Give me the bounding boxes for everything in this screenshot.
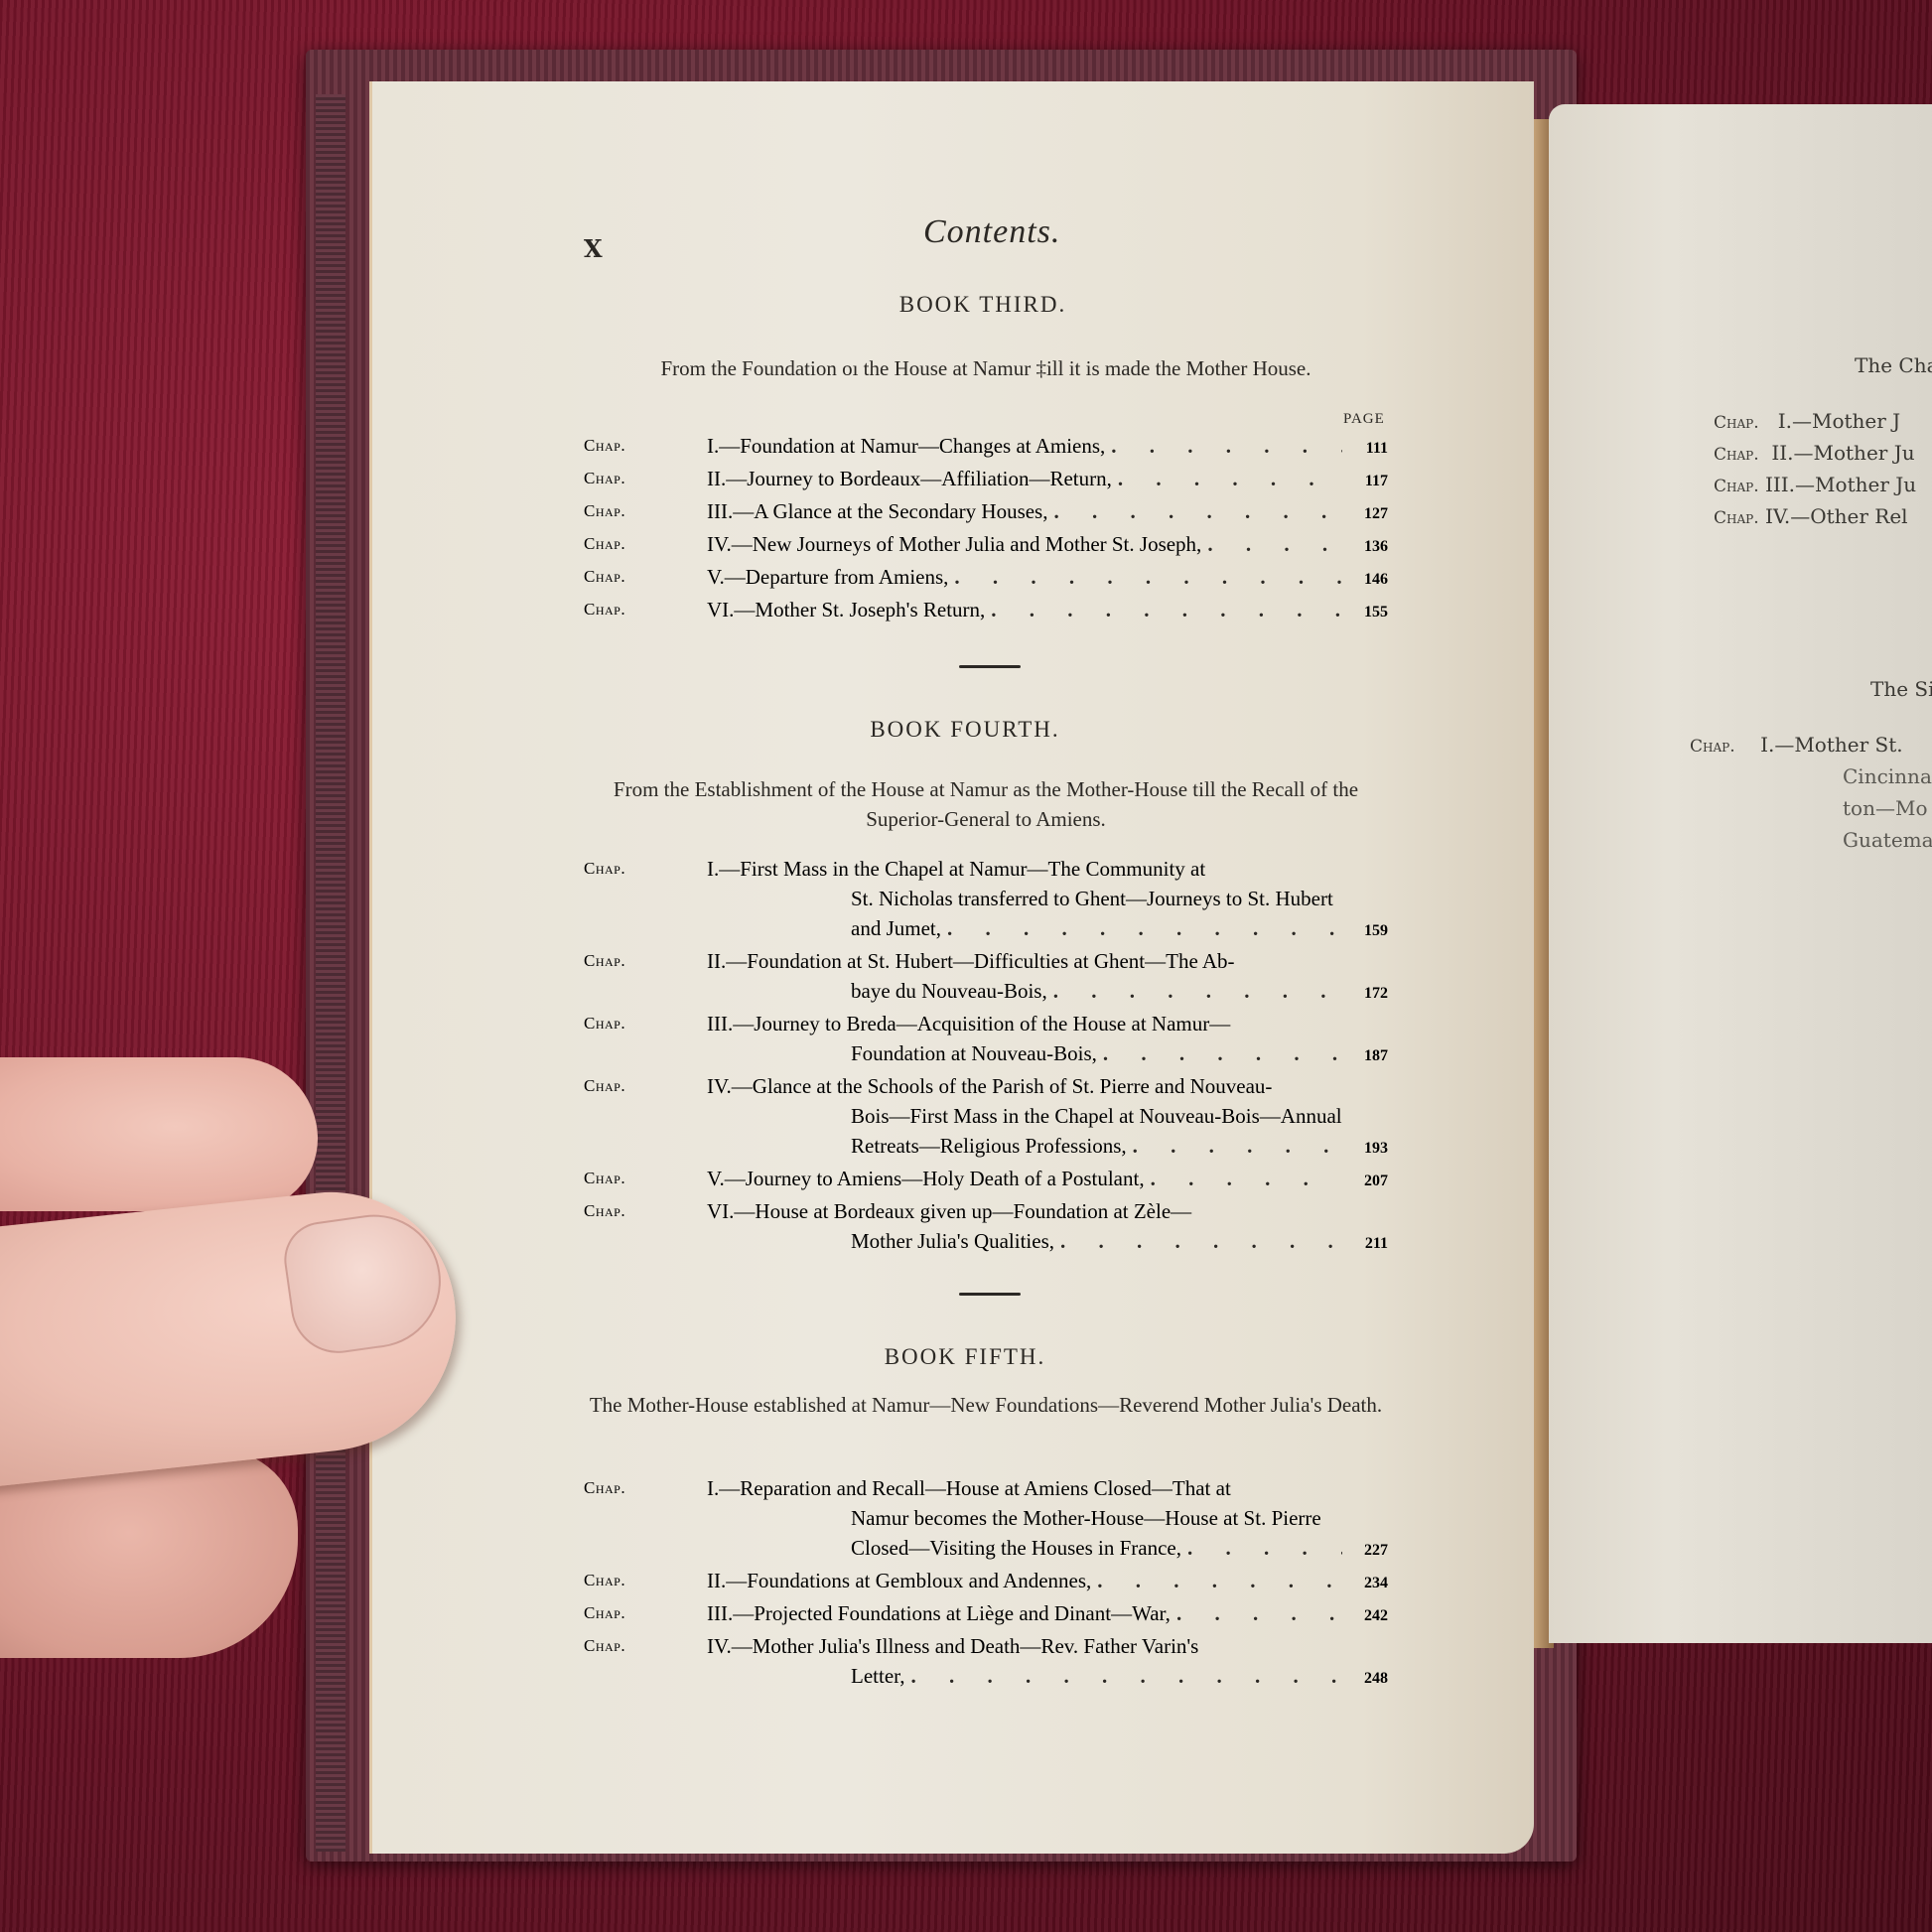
chapter-title-text: Bois—First Mass in the Chapel at Nouveau… bbox=[851, 1101, 1342, 1131]
page-number: 155 bbox=[1348, 598, 1388, 627]
page-number: 227 bbox=[1348, 1536, 1388, 1566]
chapter-line: IV.—Mother Julia's Illness and Death—Rev… bbox=[707, 1631, 1388, 1661]
book-spine-edge bbox=[316, 94, 345, 1852]
dot-leader bbox=[1060, 1226, 1342, 1256]
dot-leader bbox=[1207, 529, 1342, 559]
chapter-numeral: III. bbox=[707, 1009, 733, 1038]
dot-leader bbox=[1053, 496, 1342, 526]
chapter-title-text: Foundation at Nouveau-Bois, bbox=[851, 1038, 1097, 1068]
chapter-title-text: —First Mass in the Chapel at Namur—The C… bbox=[719, 854, 1205, 884]
chapter-title-text: —New Journeys of Mother Julia and Mother… bbox=[732, 529, 1202, 559]
book-description: From the Establishment of the House at N… bbox=[584, 774, 1388, 834]
chapter-label: Chap. bbox=[584, 1009, 625, 1038]
page-number: 136 bbox=[1348, 532, 1388, 562]
chapter-title-text: —Foundation at St. Hubert—Difficulties a… bbox=[726, 946, 1234, 976]
chapter-line: Namur becomes the Mother-House—House at … bbox=[707, 1503, 1388, 1533]
right-section-title: The Sis bbox=[1870, 677, 1932, 701]
chap-text: IV.—Other Rel bbox=[1765, 504, 1908, 528]
chapter-line: IV.—Glance at the Schools of the Parish … bbox=[707, 1071, 1388, 1101]
chapter-title-text: —Journey to Breda—Acquisition of the Hou… bbox=[733, 1009, 1230, 1038]
right-chapter-cont: ton—Mo bbox=[1843, 796, 1927, 820]
chapter-line: and Jumet,159 bbox=[707, 913, 1388, 946]
right-section-title: The Cha bbox=[1855, 353, 1932, 377]
section-divider bbox=[959, 665, 1021, 668]
dot-leader bbox=[1176, 1598, 1342, 1628]
dot-leader bbox=[947, 913, 1342, 943]
chapter-title-text: Mother Julia's Qualities, bbox=[851, 1226, 1054, 1256]
chapter-title-text: and Jumet, bbox=[851, 913, 941, 943]
chapter-list: Chap.I.—Reparation and Recall—House at A… bbox=[584, 1473, 1388, 1694]
chapter-entry: Chap.I.—Reparation and Recall—House at A… bbox=[584, 1473, 1388, 1566]
chapter-entry: Chap.IV.—Mother Julia's Illness and Deat… bbox=[584, 1631, 1388, 1694]
chapter-label: Chap. bbox=[584, 529, 625, 559]
chapter-label: Chap. bbox=[584, 464, 625, 493]
chapter-title-text: Closed—Visiting the Houses in France, bbox=[851, 1533, 1181, 1563]
chapter-label: Chap. bbox=[584, 1473, 625, 1503]
chap-text: III.—Mother Ju bbox=[1765, 473, 1916, 496]
right-chapter-row: Chap. IV.—Other Rel bbox=[1714, 504, 1908, 528]
chapter-title-text: —Departure from Amiens, bbox=[725, 562, 949, 592]
chapter-title-text: Retreats—Religious Professions, bbox=[851, 1131, 1127, 1161]
book-heading: BOOK FIFTH. bbox=[667, 1344, 1263, 1370]
chapter-entry: Chap.I.—Foundation at Namur—Changes at A… bbox=[584, 431, 1388, 464]
dot-leader bbox=[1053, 976, 1342, 1006]
chapter-line: St. Nicholas transferred to Ghent—Journe… bbox=[707, 884, 1388, 913]
chapter-label: Chap. bbox=[584, 1566, 625, 1595]
chapter-numeral: I. bbox=[707, 1473, 719, 1503]
chapter-line: Bois—First Mass in the Chapel at Nouveau… bbox=[707, 1101, 1388, 1131]
chapter-line: Retreats—Religious Professions,193 bbox=[707, 1131, 1388, 1164]
chapter-line: IV.—New Journeys of Mother Julia and Mot… bbox=[707, 529, 1388, 562]
book-heading: BOOK THIRD. bbox=[685, 292, 1281, 318]
page-number: 117 bbox=[1348, 467, 1388, 496]
section-divider bbox=[959, 1293, 1021, 1296]
chapter-numeral: VI. bbox=[707, 1196, 734, 1226]
chapter-numeral: IV. bbox=[707, 529, 732, 559]
dot-leader bbox=[1097, 1566, 1342, 1595]
chapter-label: Chap. bbox=[584, 562, 625, 592]
dot-leader bbox=[1151, 1164, 1342, 1193]
chapter-line: baye du Nouveau-Bois,172 bbox=[707, 976, 1388, 1009]
chapter-entry: Chap.II.—Foundation at St. Hubert—Diffic… bbox=[584, 946, 1388, 1009]
chapter-line: I.—Reparation and Recall—House at Amiens… bbox=[707, 1473, 1388, 1503]
chapter-entry: Chap.III.—A Glance at the Secondary Hous… bbox=[584, 496, 1388, 529]
chapter-title-text: —Glance at the Schools of the Parish of … bbox=[732, 1071, 1273, 1101]
page-folio: x bbox=[584, 234, 603, 263]
chapter-label: Chap. bbox=[584, 854, 625, 884]
chapter-title-text: —Journey to Bordeaux—Affiliation—Return, bbox=[726, 464, 1112, 493]
chapter-label: Chap. bbox=[584, 946, 625, 976]
chapter-title-text: —Foundations at Gembloux and Andennes, bbox=[726, 1566, 1091, 1595]
chapter-label: Chap. bbox=[584, 1071, 625, 1101]
chapter-numeral: II. bbox=[707, 946, 726, 976]
chapter-title-text: —Journey to Amiens—Holy Death of a Postu… bbox=[725, 1164, 1145, 1193]
chapter-label: Chap. bbox=[584, 1631, 625, 1661]
chapter-line: II.—Foundations at Gembloux and Andennes… bbox=[707, 1566, 1388, 1598]
chapter-entry: Chap.VI.—Mother St. Joseph's Return,155 bbox=[584, 595, 1388, 627]
chapter-entry: Chap.III.—Projected Foundations at Liège… bbox=[584, 1598, 1388, 1631]
chapter-numeral: IV. bbox=[707, 1631, 732, 1661]
right-chapter-cont: Cincinna bbox=[1843, 764, 1932, 788]
chapter-line: III.—Projected Foundations at Liège and … bbox=[707, 1598, 1388, 1631]
chapter-numeral: III. bbox=[707, 1598, 733, 1628]
chap-text: I.—Mother J bbox=[1778, 409, 1900, 433]
running-title: Contents. bbox=[923, 213, 1060, 251]
chapter-line: I.—Foundation at Namur—Changes at Amiens… bbox=[707, 431, 1388, 464]
chap-label: Chap. bbox=[1690, 737, 1735, 757]
right-chapter-row: Chap. III.—Mother Ju bbox=[1714, 473, 1916, 496]
book-description: From the Foundation oı the House at Namu… bbox=[584, 353, 1388, 383]
chapter-title-text: —Reparation and Recall—House at Amiens C… bbox=[719, 1473, 1231, 1503]
chapter-entry: Chap.VI.—House at Bordeaux given up—Foun… bbox=[584, 1196, 1388, 1259]
chapter-line: Mother Julia's Qualities,211 bbox=[707, 1226, 1388, 1259]
chapter-entry: Chap.I.—First Mass in the Chapel at Namu… bbox=[584, 854, 1388, 946]
page-number: 242 bbox=[1348, 1601, 1388, 1631]
dot-leader bbox=[1103, 1038, 1342, 1068]
chapter-line: V.—Journey to Amiens—Holy Death of a Pos… bbox=[707, 1164, 1388, 1196]
book-heading: BOOK FOURTH. bbox=[667, 717, 1263, 743]
chap-text: I.—Mother St. bbox=[1760, 733, 1903, 757]
right-chapter-row: Chap. I.—Mother J bbox=[1714, 409, 1900, 433]
chapter-title-text: —A Glance at the Secondary Houses, bbox=[733, 496, 1047, 526]
chapter-line: V.—Departure from Amiens,146 bbox=[707, 562, 1388, 595]
page-number: 193 bbox=[1348, 1134, 1388, 1164]
chapter-label: Chap. bbox=[584, 431, 625, 461]
page-number: 159 bbox=[1348, 916, 1388, 946]
chapter-title-text: Namur becomes the Mother-House—House at … bbox=[851, 1503, 1321, 1533]
page-number: 111 bbox=[1348, 434, 1388, 464]
right-chapter-row: Chap. I.—Mother St. bbox=[1690, 733, 1903, 757]
chapter-title-text: —House at Bordeaux given up—Foundation a… bbox=[734, 1196, 1191, 1226]
chapter-title-text: baye du Nouveau-Bois, bbox=[851, 976, 1047, 1006]
page-number: 187 bbox=[1348, 1041, 1388, 1071]
chapter-label: Chap. bbox=[584, 1196, 625, 1226]
dot-leader bbox=[954, 562, 1342, 592]
chapter-title-text: —Projected Foundations at Liège and Dina… bbox=[733, 1598, 1171, 1628]
chapter-numeral: I. bbox=[707, 431, 719, 461]
chap-label: Chap. bbox=[1714, 477, 1759, 496]
chapter-title-text: —Mother St. Joseph's Return, bbox=[734, 595, 985, 624]
chapter-label: Chap. bbox=[584, 595, 625, 624]
chapter-line: VI.—Mother St. Joseph's Return,155 bbox=[707, 595, 1388, 627]
chapter-line: II.—Foundation at St. Hubert—Difficultie… bbox=[707, 946, 1388, 976]
chapter-numeral: II. bbox=[707, 1566, 726, 1595]
chap-label: Chap. bbox=[1714, 445, 1759, 465]
page-number: 172 bbox=[1348, 979, 1388, 1009]
chapter-entry: Chap.V.—Journey to Amiens—Holy Death of … bbox=[584, 1164, 1388, 1196]
chapter-numeral: II. bbox=[707, 464, 726, 493]
chap-text: II.—Mother Ju bbox=[1771, 441, 1914, 465]
chapter-numeral: IV. bbox=[707, 1071, 732, 1101]
chapter-list: Chap.I.—First Mass in the Chapel at Namu… bbox=[584, 854, 1388, 1259]
page-number: 234 bbox=[1348, 1569, 1388, 1598]
chapter-label: Chap. bbox=[584, 496, 625, 526]
chapter-entry: Chap.II.—Foundations at Gembloux and And… bbox=[584, 1566, 1388, 1598]
chapter-line: III.—Journey to Breda—Acquisition of the… bbox=[707, 1009, 1388, 1038]
page-number: 211 bbox=[1348, 1229, 1388, 1259]
chapter-line: Foundation at Nouveau-Bois,187 bbox=[707, 1038, 1388, 1071]
dot-leader bbox=[1133, 1131, 1342, 1161]
page-number: 207 bbox=[1348, 1167, 1388, 1196]
chapter-entry: Chap.II.—Journey to Bordeaux—Affiliation… bbox=[584, 464, 1388, 496]
chapter-line: I.—First Mass in the Chapel at Namur—The… bbox=[707, 854, 1388, 884]
chap-label: Chap. bbox=[1714, 508, 1759, 528]
chapter-title-text: St. Nicholas transferred to Ghent—Journe… bbox=[851, 884, 1333, 913]
page-column-label: PAGE bbox=[1343, 411, 1385, 428]
dot-leader bbox=[1111, 431, 1342, 461]
chap-label: Chap. bbox=[1714, 413, 1759, 433]
dot-leader bbox=[911, 1661, 1342, 1691]
chapter-entry: Chap.V.—Departure from Amiens,146 bbox=[584, 562, 1388, 595]
chapter-line: II.—Journey to Bordeaux—Affiliation—Retu… bbox=[707, 464, 1388, 496]
chapter-entry: Chap.IV.—New Journeys of Mother Julia an… bbox=[584, 529, 1388, 562]
chapter-title-text: —Foundation at Namur—Changes at Amiens, bbox=[719, 431, 1105, 461]
page-number: 127 bbox=[1348, 499, 1388, 529]
chapter-label: Chap. bbox=[584, 1598, 625, 1628]
chapter-title-text: Letter, bbox=[851, 1661, 905, 1691]
chapter-title-text: —Mother Julia's Illness and Death—Rev. F… bbox=[732, 1631, 1199, 1661]
book-description: The Mother-House established at Namur—Ne… bbox=[584, 1390, 1388, 1420]
page-number: 146 bbox=[1348, 565, 1388, 595]
right-chapter-cont: Guatema bbox=[1843, 828, 1932, 852]
chapter-numeral: III. bbox=[707, 496, 733, 526]
chapter-numeral: V. bbox=[707, 562, 725, 592]
chapter-list: Chap.I.—Foundation at Namur—Changes at A… bbox=[584, 431, 1388, 627]
right-page bbox=[1549, 104, 1932, 1643]
index-finger bbox=[0, 1057, 318, 1211]
chapter-label: Chap. bbox=[584, 1164, 625, 1193]
chapter-line: Closed—Visiting the Houses in France,227 bbox=[707, 1533, 1388, 1566]
chapter-numeral: VI. bbox=[707, 595, 734, 624]
page-number: 248 bbox=[1348, 1664, 1388, 1694]
dot-leader bbox=[1118, 464, 1342, 493]
chapter-line: III.—A Glance at the Secondary Houses,12… bbox=[707, 496, 1388, 529]
chapter-entry: Chap.III.—Journey to Breda—Acquisition o… bbox=[584, 1009, 1388, 1071]
chapter-numeral: I. bbox=[707, 854, 719, 884]
chapter-numeral: V. bbox=[707, 1164, 725, 1193]
chapter-entry: Chap.IV.—Glance at the Schools of the Pa… bbox=[584, 1071, 1388, 1164]
chapter-line: VI.—House at Bordeaux given up—Foundatio… bbox=[707, 1196, 1388, 1226]
dot-leader bbox=[991, 595, 1342, 624]
right-chapter-row: Chap. II.—Mother Ju bbox=[1714, 441, 1915, 465]
chapter-line: Letter,248 bbox=[707, 1661, 1388, 1694]
dot-leader bbox=[1187, 1533, 1342, 1563]
